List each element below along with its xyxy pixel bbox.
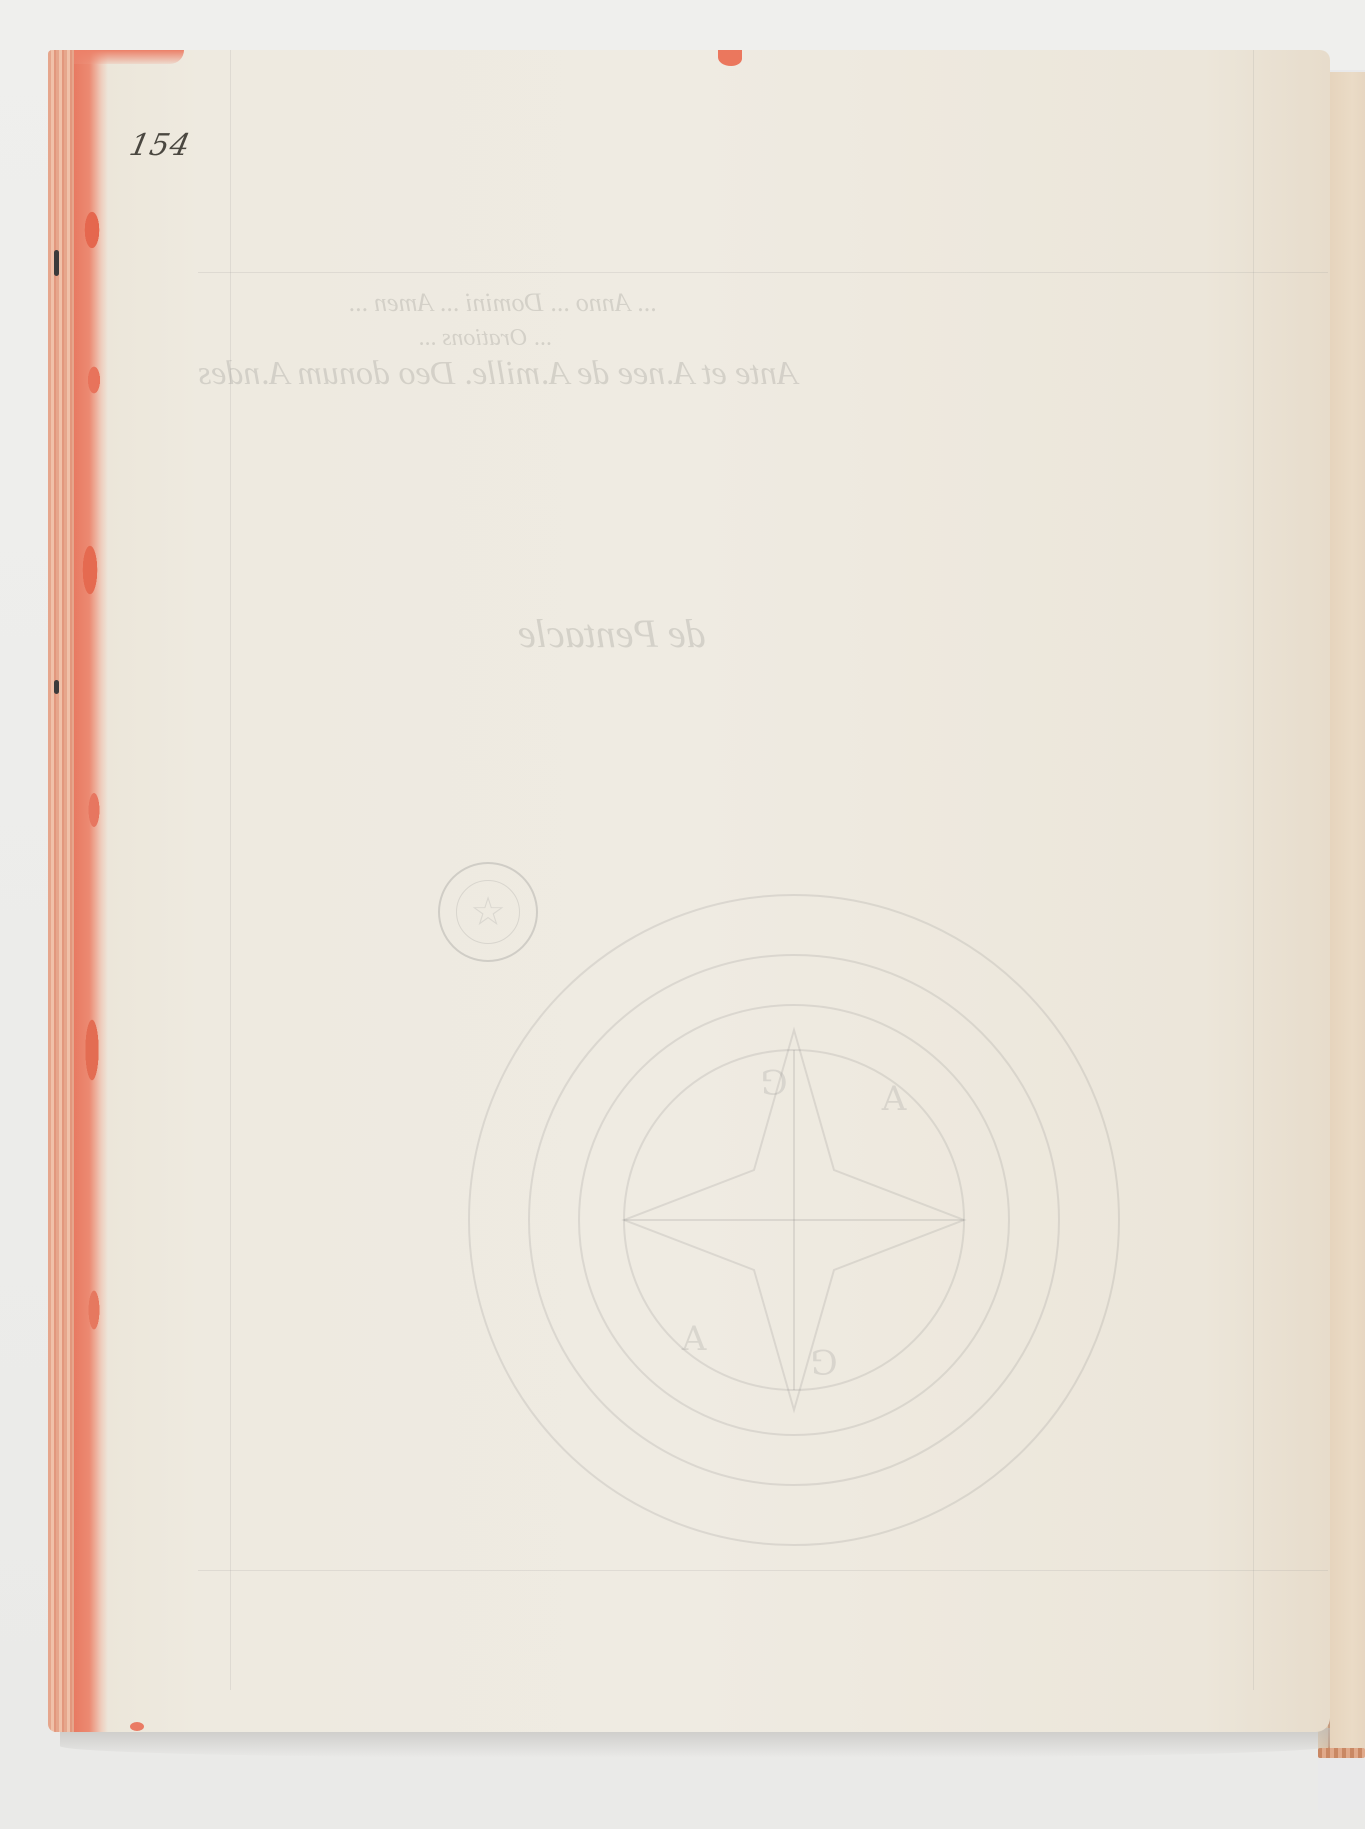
showthrough-heading: de Pentacle — [518, 610, 706, 657]
svg-text:A: A — [881, 1079, 907, 1119]
red-stain-spot — [718, 50, 742, 66]
page-shadow — [60, 1728, 1330, 1758]
showthrough-line: ... Anno ... Domini ... Amen ... — [348, 288, 656, 318]
adjacent-leaf — [1328, 72, 1365, 1752]
manuscript-page: 154 ... Anno ... Domini ... Amen ... ...… — [48, 50, 1330, 1732]
ruled-margin-bottom — [198, 1570, 1328, 1571]
folio-number: 154 — [126, 128, 194, 163]
svg-text:G: G — [810, 1341, 837, 1381]
scan-stage: 154 ... Anno ... Domini ... Amen ... ...… — [0, 0, 1365, 1829]
showthrough-line: Ante et A.nee de A.mille. Deo donum A.nd… — [198, 355, 798, 393]
adjacent-leaf-bottom-edge — [1318, 1748, 1365, 1758]
ruled-margin-right — [1253, 50, 1254, 1690]
red-stain-spot-bottom — [130, 1722, 144, 1731]
pentacle-diagram-showthrough: G A A G — [444, 870, 1144, 1570]
pentacle-icon: G A A G — [444, 870, 1144, 1570]
ruled-margin-top — [198, 272, 1328, 273]
svg-text:A: A — [681, 1319, 707, 1359]
red-edge-stain-top — [74, 50, 184, 64]
binding-thread — [54, 250, 59, 276]
showthrough-line: ... Orations ... — [418, 325, 551, 352]
binding-thread — [54, 680, 59, 694]
ruled-margin-left — [230, 50, 231, 1690]
svg-text:G: G — [760, 1061, 787, 1101]
red-edge-stain — [74, 50, 108, 1732]
